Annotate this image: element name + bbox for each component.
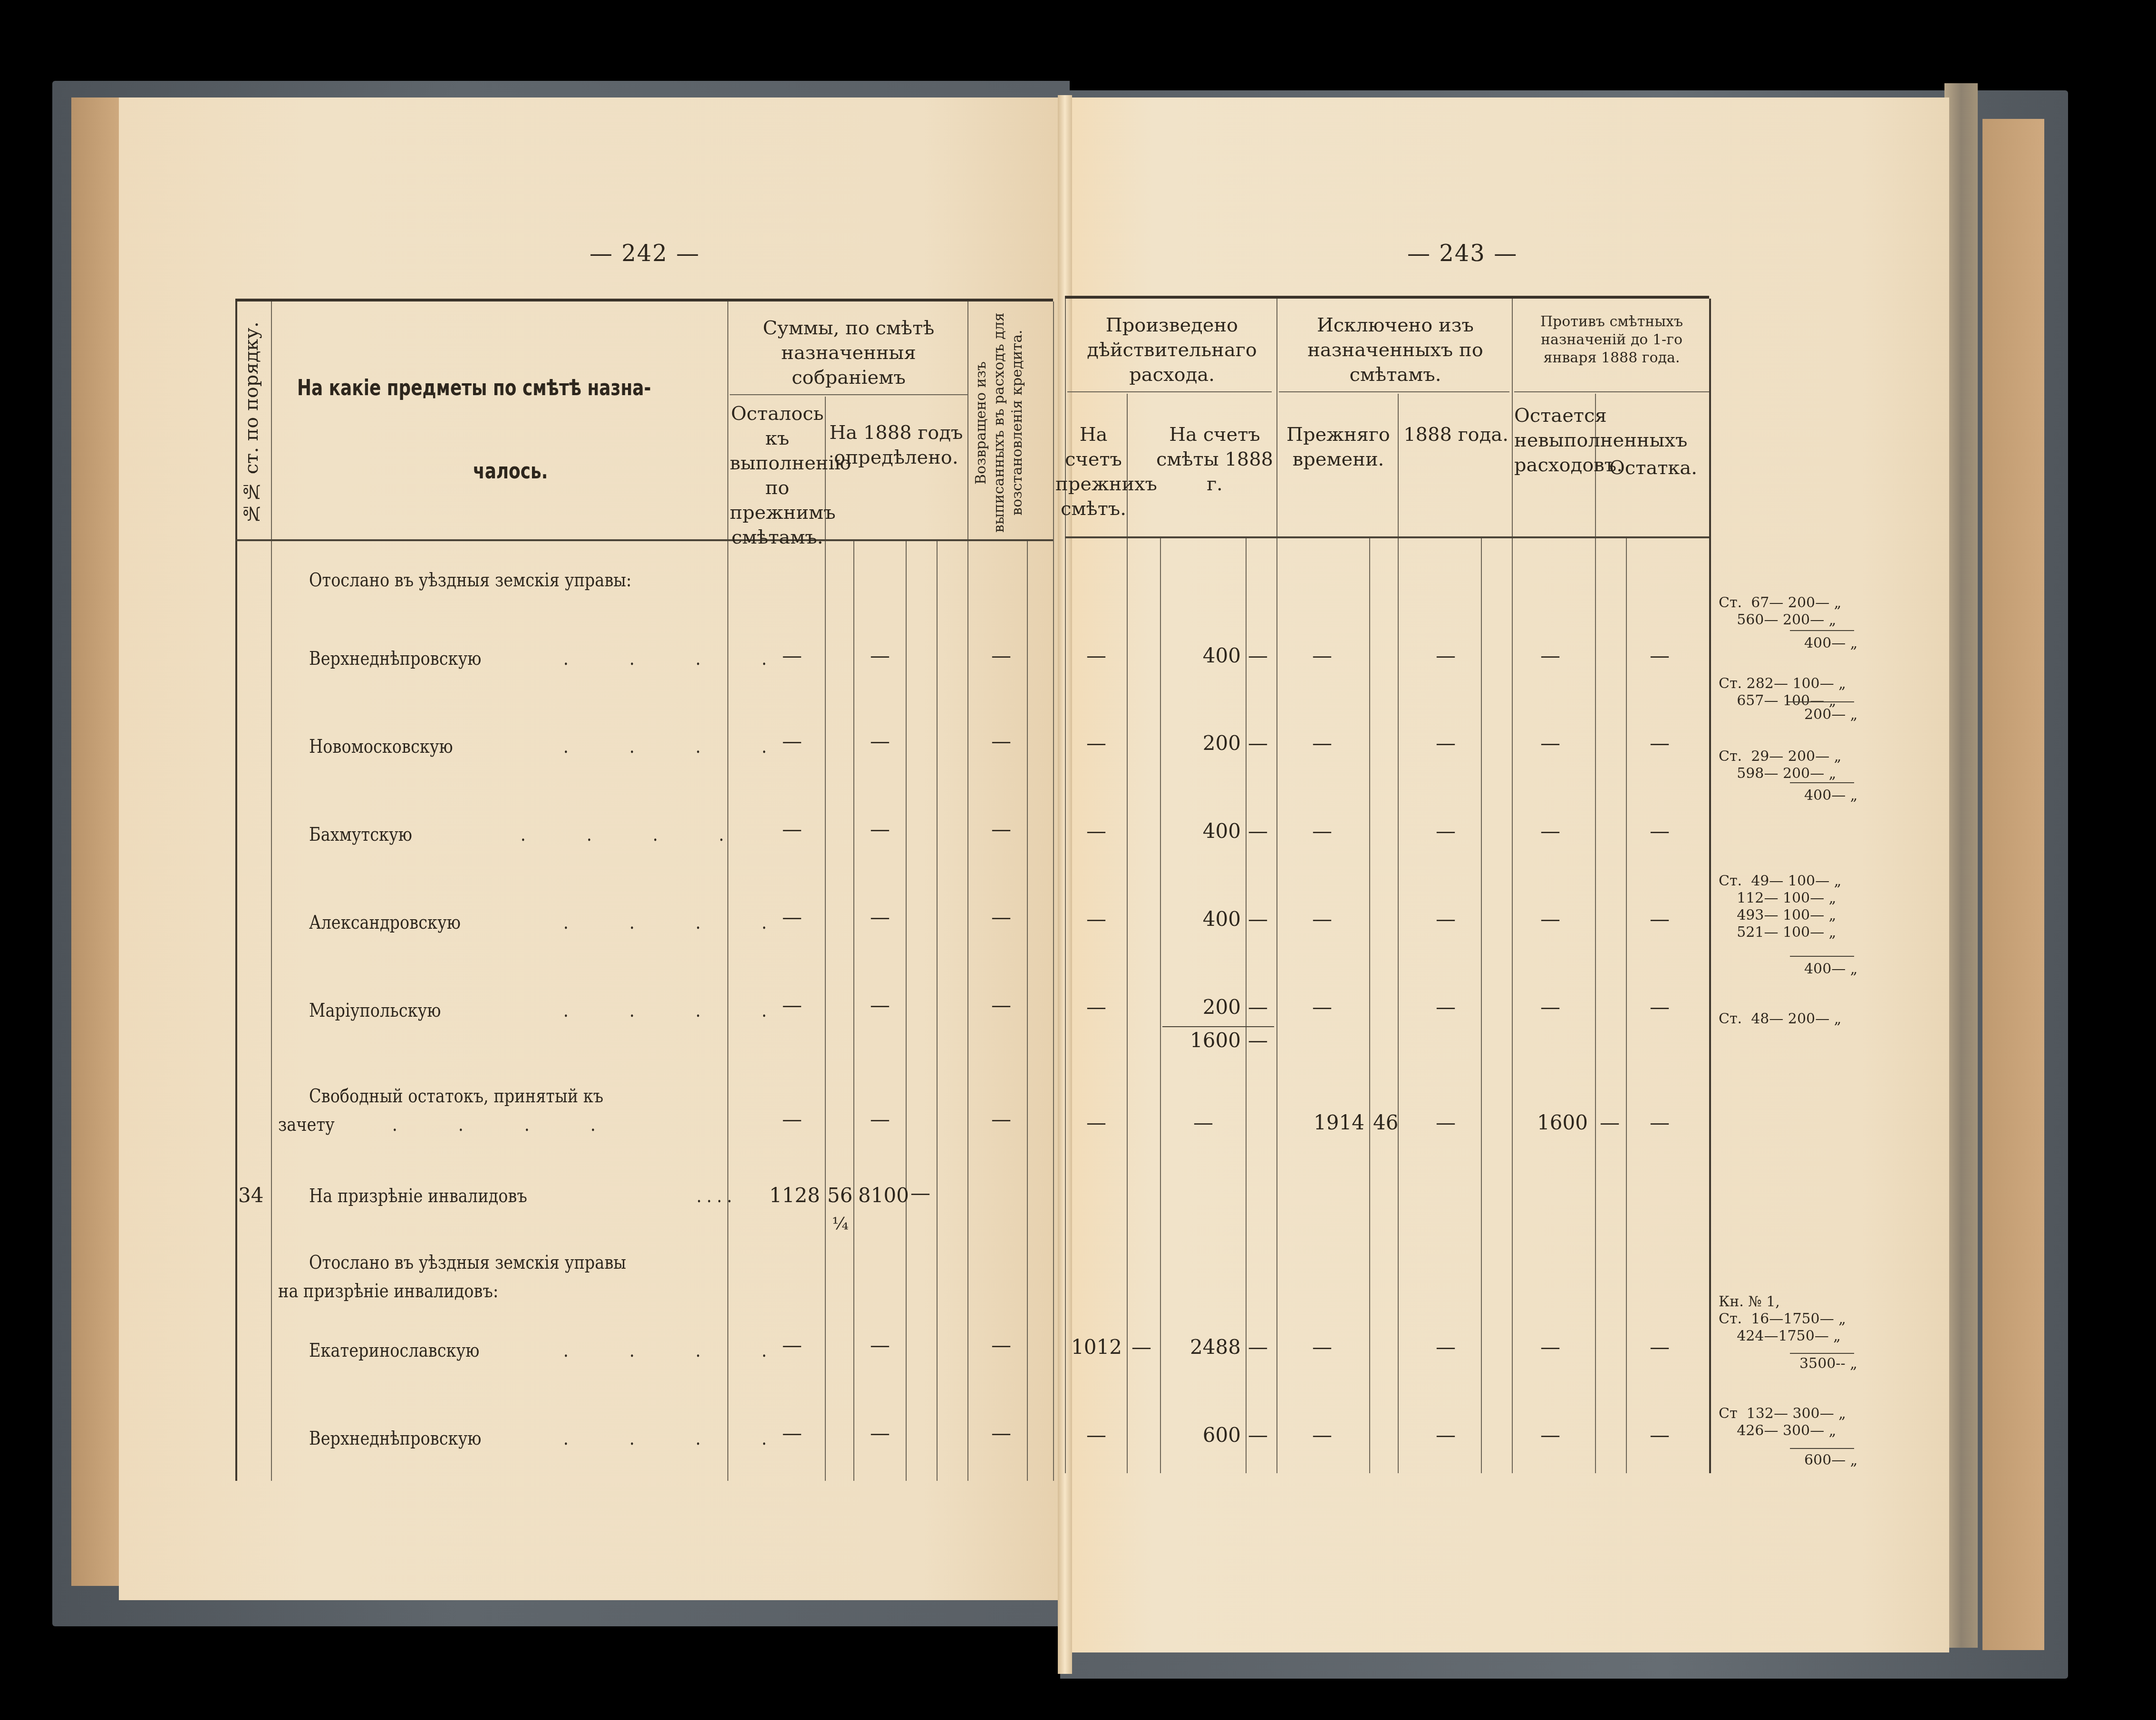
margin-note-total: 400— „ (1804, 787, 1857, 804)
cell-dash: — (1540, 907, 1560, 931)
cell-excluded-prev-kop: 46 (1373, 1111, 1398, 1135)
cell-dash: — (1650, 907, 1670, 931)
leader-dots: . . . . (563, 910, 794, 935)
cell-dash: — (1086, 1111, 1106, 1134)
cell-dash: — (1436, 1111, 1456, 1134)
cell-dash: — (1436, 731, 1456, 755)
cell-dash: — (1650, 1423, 1670, 1447)
cell-dash: — (782, 817, 802, 841)
cell-actual-1888: 400 (1174, 819, 1241, 843)
cell-dash: — (1131, 1335, 1151, 1359)
cell-dash: — (1248, 819, 1268, 843)
cell-dash: — (782, 1333, 802, 1357)
cell-dash: — (1312, 644, 1332, 667)
cell-dash: — (991, 1108, 1011, 1131)
row-label-invalids-care: На призрѣніе инвалидовъ (309, 1184, 527, 1208)
cell-dash: — (1540, 644, 1560, 667)
cell-dash: — (1193, 1111, 1213, 1134)
cell-dash: — (1312, 1423, 1332, 1447)
cell-prev-kopecks: 56 (827, 1184, 852, 1207)
cell-dash: — (870, 1333, 890, 1357)
row-label-aleksandrovsk: Александровскую (309, 910, 461, 935)
cell-actual-1888: 400 (1174, 907, 1241, 931)
margin-note: Ст 132— 300— „ 426— 300— „ (1719, 1405, 1846, 1439)
cell-dash: — (1086, 995, 1106, 1019)
margin-note: Ст. 67— 200— „ 560— 200— „ (1719, 594, 1841, 629)
cell-dash: — (1540, 819, 1560, 843)
row-label-free-balance: Свободный остатокъ, принятый къ (309, 1084, 603, 1108)
cell-actual-prev: 1012 (1065, 1335, 1122, 1359)
cell-dash: — (1086, 819, 1106, 843)
cell-dash: — (1312, 819, 1332, 843)
cell-dash: — (1312, 907, 1332, 931)
header-actual-1888: На счетъ смѣты 1888 г. (1148, 422, 1281, 496)
cell-dash: — (1436, 644, 1456, 667)
cell-dash: — (1248, 1335, 1268, 1359)
header-returned: Возвращено изъ выписанныхъ въ расходъ дл… (972, 311, 1048, 534)
cell-dash: — (1436, 819, 1456, 843)
cell-dash: — (1248, 1423, 1268, 1447)
margin-note: Ст. 48— 200— „ (1719, 1011, 1841, 1028)
margin-note-total: 400— „ (1804, 961, 1857, 978)
cell-dash: — (991, 729, 1011, 753)
header-against-unfulfilled: Остается невыполненныхъ расходовъ. (1514, 403, 1595, 477)
leader-dots: . . . . (563, 1426, 794, 1451)
cell-dash: — (1540, 995, 1560, 1019)
cell-dash: — (1436, 907, 1456, 931)
row-label-sent-invalids: Отослано въ уѣздныя земскія управы (309, 1250, 626, 1275)
row-label-verkhnedneprovsk-2: Верхнеднѣпровскую (309, 1426, 482, 1451)
header-row-number: №№ ст. по порядку. (239, 311, 268, 534)
cell-dash: — (1540, 1335, 1560, 1359)
cell-dash: — (870, 905, 890, 929)
margin-note: Ст. 29— 200— „ 598— 200— „ (1719, 748, 1841, 782)
cell-dash: — (1540, 1423, 1560, 1447)
header-sums-group: Суммы, по смѣтѣ назначенныя собраніемъ (730, 316, 967, 390)
row-label-mariupol: Маріупольскую (309, 998, 441, 1023)
leader-dots: . . . . (563, 646, 794, 671)
leader-dots: . . . . (563, 734, 794, 759)
cell-dash: — (1248, 995, 1268, 1019)
row-label-bakhmut: Бахмутскую (309, 822, 412, 847)
cell-dash: — (1436, 995, 1456, 1019)
cell-dash: — (1650, 995, 1670, 1019)
cell-dash: — (1312, 1335, 1332, 1359)
cell-actual-1888: 200 (1174, 731, 1241, 755)
cell-dash: — (1650, 819, 1670, 843)
cell-dash: — (1248, 907, 1268, 931)
cell-dash: — (870, 1421, 890, 1445)
cell-actual-1888: 2488 (1160, 1335, 1241, 1359)
leader-dots: . . . . (563, 1338, 794, 1363)
row-label-sent-invalids-cont: на призрѣніе инвалидовъ: (278, 1279, 498, 1303)
margin-note-total: 3500-- „ (1799, 1355, 1857, 1372)
row-number-34: 34 (238, 1184, 263, 1207)
cell-dash: — (1650, 644, 1670, 667)
header-actual-group: Произведено дѣйствительнаго расхода. (1067, 313, 1276, 387)
cell-dash: — (1086, 1423, 1106, 1447)
leader-dots: . . . . (392, 1112, 623, 1137)
header-excluded-1888: 1888 года. (1400, 422, 1512, 447)
cell-actual-1888: 400 (1174, 644, 1241, 668)
cell-dash: — (870, 644, 890, 667)
header-against-group: Противъ смѣтныхъ назначеній до 1-го янва… (1514, 313, 1709, 367)
cell-dash: — (1086, 731, 1106, 755)
cell-unfulfilled: 1600 (1521, 1111, 1588, 1135)
leader-dots: . . . . (521, 822, 752, 847)
cell-dash: — (1248, 644, 1268, 667)
header-excluded-prev: Прежняго времени. (1279, 422, 1398, 472)
cell-dash: — (991, 993, 1011, 1017)
cell-dash: — (782, 993, 802, 1017)
cell-dash: — (1650, 1111, 1670, 1134)
cell-dash: — (782, 1108, 802, 1131)
cell-subtotal: 1600 (1160, 1029, 1241, 1052)
cell-dash: — (1600, 1111, 1620, 1134)
page-number-right: — 243 — (1407, 240, 1518, 267)
left-ledger-table: №№ ст. по порядку. На какіе предметы по … (235, 299, 1053, 1481)
cell-dash: — (782, 644, 802, 667)
cell-dash: — (782, 1421, 802, 1445)
cell-dash: — (782, 729, 802, 753)
cell-dash: — (991, 644, 1011, 667)
cell-dash: — (1650, 731, 1670, 755)
cell-actual-1888: 200 (1174, 995, 1241, 1019)
cell-dash: — (1086, 644, 1106, 667)
header-excluded-group: Исключено изъ назначенныхъ по смѣтамъ. (1279, 313, 1512, 387)
cell-dash: — (1540, 731, 1560, 755)
cell-dash: — (1650, 1335, 1670, 1359)
endpaper-left (71, 97, 124, 1586)
cell-dash: — (870, 729, 890, 753)
row-label-sent-heading: Отослано въ уѣздныя земскія управы: (309, 568, 631, 593)
cell-prev-rubles: 1128 (758, 1184, 820, 1207)
cell-dash: — (1086, 907, 1106, 931)
cell-actual-1888: 600 (1174, 1423, 1241, 1447)
cell-dash: — (991, 1421, 1011, 1445)
leader-dots: . . . . (696, 1184, 732, 1208)
cell-dash: — (1248, 1029, 1268, 1052)
header-subject-line1: На какіе предметы по смѣтѣ назна- (297, 375, 651, 400)
header-sums-prev: Осталось къ выполненію по прежнимъ смѣта… (730, 401, 825, 550)
row-label-ekaterinoslav: Екатеринославскую (309, 1338, 480, 1363)
margin-note-total: 400— „ (1804, 635, 1857, 652)
cell-prev-fraction: ¼ (832, 1212, 849, 1236)
cell-1888-rubles: 8100 (858, 1184, 903, 1207)
cell-dash: — (782, 905, 802, 929)
margin-note: Ст. 49— 100— „ 112— 100— „ 493— 100— „ 5… (1719, 873, 1841, 941)
page-block-edge (1944, 83, 1978, 1648)
cell-excluded-prev: 1914 (1279, 1111, 1364, 1135)
cell-dash: — (870, 993, 890, 1017)
cell-dash: — (1312, 731, 1332, 755)
header-against-remainder: Остатка. (1597, 456, 1709, 480)
right-ledger-table: Произведено дѣйствительнаго расхода. На … (1065, 296, 1709, 1473)
cell-dash: — (1248, 731, 1268, 755)
cell-dash: — (1436, 1423, 1456, 1447)
cell-dash: — (991, 905, 1011, 929)
leader-dots: . . . . (563, 998, 794, 1023)
header-subject-line2: чалось. (473, 458, 548, 483)
row-label-verkhnedneprovsk: Верхнеднѣпровскую (309, 646, 482, 671)
row-label-novomoskovsk: Новомосковскую (309, 734, 453, 759)
margin-note-total: 600— „ (1804, 1452, 1857, 1469)
cell-dash: — (1436, 1335, 1456, 1359)
cell-dash: — (910, 1181, 930, 1205)
margin-note-total: 200— „ (1804, 706, 1857, 723)
endpaper-right (1982, 119, 2044, 1650)
cell-dash: — (991, 1333, 1011, 1357)
margin-note: Кн. № 1, Ст. 16—1750— „ 424—1750— „ (1719, 1293, 1846, 1345)
cell-dash: — (870, 817, 890, 841)
header-sums-1888: На 1888 годъ опредѣлено. (827, 420, 965, 470)
cell-dash: — (1312, 995, 1332, 1019)
cell-dash: — (991, 817, 1011, 841)
header-actual-prev: На счетъ прежнихъ смѣтъ. (1055, 422, 1131, 521)
cell-dash: — (870, 1108, 890, 1131)
page-number-left: — 242 — (590, 240, 700, 267)
row-label-free-balance-cont: зачету (278, 1112, 335, 1137)
margin-note: Ст. 282— 100— „ 657— 100— „ (1719, 675, 1846, 709)
